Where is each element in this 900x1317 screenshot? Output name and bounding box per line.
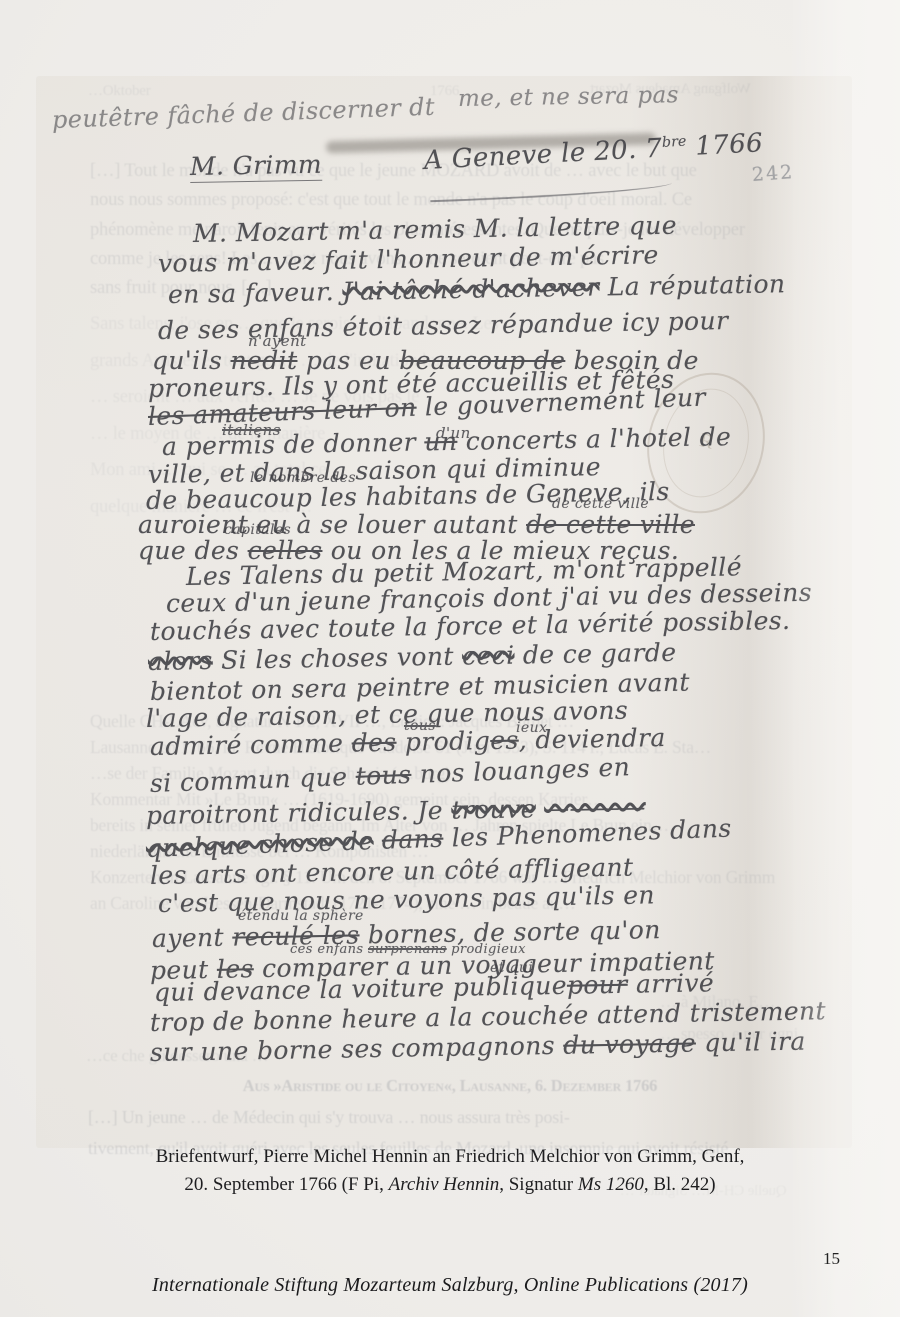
manuscript-line: 242 xyxy=(751,161,795,186)
manuscript-line: me, et ne sera pas xyxy=(458,82,679,112)
figure-caption: Briefentwurf, Pierre Michel Hennin an Fr… xyxy=(0,1143,900,1199)
handwriting-text: me, et ne sera pas xyxy=(458,82,679,112)
struck-handwriting: tous xyxy=(355,760,412,791)
bleed-citoyen-heading: Aus »Aristide ou le Citoyen«, Lausanne, … xyxy=(150,1076,750,1096)
struck-handwriting: dans xyxy=(381,824,443,855)
handwriting-text: M. Grimm xyxy=(190,150,323,183)
struck-handwriting: J'ai tâché d'achever xyxy=(342,272,600,305)
caption-line-1: Briefentwurf, Pierre Michel Hennin an Fr… xyxy=(0,1143,900,1171)
handwriting-text: auroient eu à se louer autant xyxy=(138,510,526,539)
caption-text: , Bl. 242) xyxy=(644,1174,716,1195)
struck-handwriting: des xyxy=(351,728,396,758)
page-number: 15 xyxy=(823,1249,840,1269)
handwriting-text: arrivé xyxy=(627,968,714,999)
struck-handwriting: alors xyxy=(148,646,213,676)
handwriting-text: de ce garde xyxy=(514,638,676,670)
handwriting-text: Si les choses vont xyxy=(212,642,462,675)
bleedthrough-line: Aus »Aristide ou le Citoyen«, Lausanne, … xyxy=(150,1076,750,1096)
caption-text: Archiv Hennin xyxy=(389,1174,500,1195)
handwriting-text: ayent xyxy=(152,923,233,953)
caption-text: Ms 1260 xyxy=(578,1174,644,1195)
publication-footer: Internationale Stiftung Mozarteum Salzbu… xyxy=(0,1274,900,1297)
handwriting-text: qu'ils xyxy=(152,346,231,375)
caption-line-2: 20. September 1766 (F Pi, Archiv Hennin,… xyxy=(0,1171,900,1199)
handwriting-text: 1766 xyxy=(686,128,764,162)
manuscript-line: auroient eu à se louer autant de cette v… xyxy=(138,510,695,539)
publication-page: …Oktober1766Wolfgang Amadeus Mozart[…] T… xyxy=(0,0,900,1317)
caption-text: , Signatur xyxy=(499,1174,578,1195)
caption-text: 20. September 1766 (F Pi, xyxy=(184,1174,388,1195)
struck-handwriting: es xyxy=(490,726,519,755)
bleedthrough-line: …Oktober xyxy=(88,82,151,100)
manuscript-line: M. Grimm xyxy=(190,150,323,181)
handwriting-text: , deviendra xyxy=(518,723,665,755)
handwriting-text: admiré comme xyxy=(150,728,352,761)
handwriting-text: La réputation xyxy=(599,269,785,301)
page-edge-highlight xyxy=(790,0,900,1317)
bleedthrough-line: […] Un jeune … de Médecin qui s'y trouva… xyxy=(88,1102,728,1133)
struck-handwriting: pour xyxy=(567,970,628,1000)
struck-handwriting: un xyxy=(424,427,458,457)
handwriting-text: bre xyxy=(662,134,687,151)
handwriting-text: en sa faveur. xyxy=(168,277,343,309)
handwriting-text: concerts a l'hotel de xyxy=(457,422,731,456)
handwriting-text: 242 xyxy=(751,161,795,186)
bleed-header-left: …Oktober xyxy=(88,82,151,100)
struck-handwriting: ceci xyxy=(462,641,515,671)
handwriting-text: prodig xyxy=(396,726,490,757)
struck-handwriting: du voyage xyxy=(563,1028,696,1059)
struck-handwriting: de cette ville xyxy=(526,510,695,539)
